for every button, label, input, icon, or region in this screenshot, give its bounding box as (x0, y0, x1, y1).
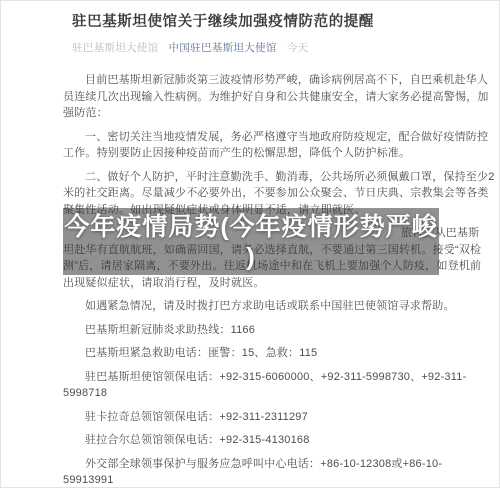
article-title: 驻巴基斯坦使馆关于继续加强疫情防范的提醒 (72, 12, 479, 32)
paragraph: 一、密切关注当地疫情发展，务必严格遵守当地政府防疫规定，配合做好疫情防控工作。特… (63, 129, 483, 162)
paragraph: 巴基斯坦新冠肺炎求助热线：1166 (63, 322, 483, 339)
article-line: 5998718 (63, 385, 483, 402)
byline: 驻巴基斯坦大使馆 中国驻巴基斯坦大使馆 今天 (72, 40, 479, 55)
paragraph: 目前巴基斯坦新冠肺炎第三波疫情形势严峻，确诊病例居高不下，自巴乘机赴华人员连续几… (63, 72, 483, 122)
article-line: 外交部全球领事保护与服务应急呼叫中心电话：+86-10-12308或+86-10… (63, 456, 483, 473)
article-line: 一、密切关注当地疫情发展，务必严格遵守当地政府防疫规定，配合做好疫情防控 (63, 129, 483, 146)
paragraph: 驻巴基斯坦使馆领保电话：+92-315-6060000、+92-311-5998… (63, 369, 483, 402)
article-line: 如遇紧急情况，请及时拨打巴方求助电话或联系中国驻巴使领馆寻求帮助。 (63, 298, 483, 315)
article-header: 驻巴基斯坦使馆关于继续加强疫情防范的提醒 驻巴基斯坦大使馆 中国驻巴基斯坦大使馆… (1, 1, 499, 55)
overlay-caption-line1: 今年疫情局势(今年疫情形势严峻 (64, 212, 437, 242)
article-line: 出现疑似症状，请取消行程，及时就医。 (63, 275, 483, 292)
article-line: 米的社交距离。尽量减少不必要外出，不要参加公众聚会、节日庆典、宗教集会等各类 (63, 185, 483, 202)
publish-time: 今天 (287, 42, 309, 54)
article-line: 59913991 (63, 472, 483, 488)
article-line: 员连续几次出现输入性病例。为维护好自身和公共健康安全，请大家务必提高警惕，加 (63, 89, 483, 106)
article-line: 驻拉合尔总领馆领保电话：+92-315-4130168 (63, 432, 483, 449)
author-name: 驻巴基斯坦大使馆 (72, 42, 158, 54)
article-body: 目前巴基斯坦新冠肺炎第三波疫情形势严峻，确诊病例居高不下，自巴乘机赴华人员连续几… (63, 72, 483, 488)
headline-overlay: 今年疫情局势(今年疫情形势严峻 ) (63, 208, 439, 275)
article-line: 巴基斯坦新冠肺炎求助热线：1166 (63, 322, 483, 339)
paragraph: 外交部全球领事保护与服务应急呼叫中心电话：+86-10-12308或+86-10… (63, 456, 483, 488)
paragraph: 如遇紧急情况，请及时拨打巴方求助电话或联系中国驻巴使领馆寻求帮助。 (63, 298, 483, 315)
article-page: 驻巴基斯坦使馆关于继续加强疫情防范的提醒 驻巴基斯坦大使馆 中国驻巴基斯坦大使馆… (0, 0, 500, 488)
overlay-caption-line2: ) (246, 242, 255, 272)
article-line: 二、做好个人防护，平时注意勤洗手、勤消毒，公共场所必须佩戴口罩，保持至少2 (63, 169, 483, 186)
paragraph: 驻拉合尔总领馆领保电话：+92-315-4130168 (63, 432, 483, 449)
article-line: 巴基斯坦紧急救助电话：匪警：15、急救：115 (63, 345, 483, 362)
paragraph: 驻卡拉奇总领馆领保电话：+92-311-2311297 (63, 409, 483, 426)
article-line: 工作。特别要防止因接种疫苗而产生的松懈思想，降低个人防护标准。 (63, 145, 483, 162)
paragraph: 巴基斯坦紧急救助电话：匪警：15、急救：115 (63, 345, 483, 362)
article-line: 强防范： (63, 105, 483, 122)
article-line: 驻卡拉奇总领馆领保电话：+92-311-2311297 (63, 409, 483, 426)
account-link[interactable]: 中国驻巴基斯坦大使馆 (169, 42, 277, 54)
article-line: 目前巴基斯坦新冠肺炎第三波疫情形势严峻，确诊病例居高不下，自巴乘机赴华人 (63, 72, 483, 89)
article-line: 驻巴基斯坦使馆领保电话：+92-315-6060000、+92-311-5998… (63, 369, 483, 386)
